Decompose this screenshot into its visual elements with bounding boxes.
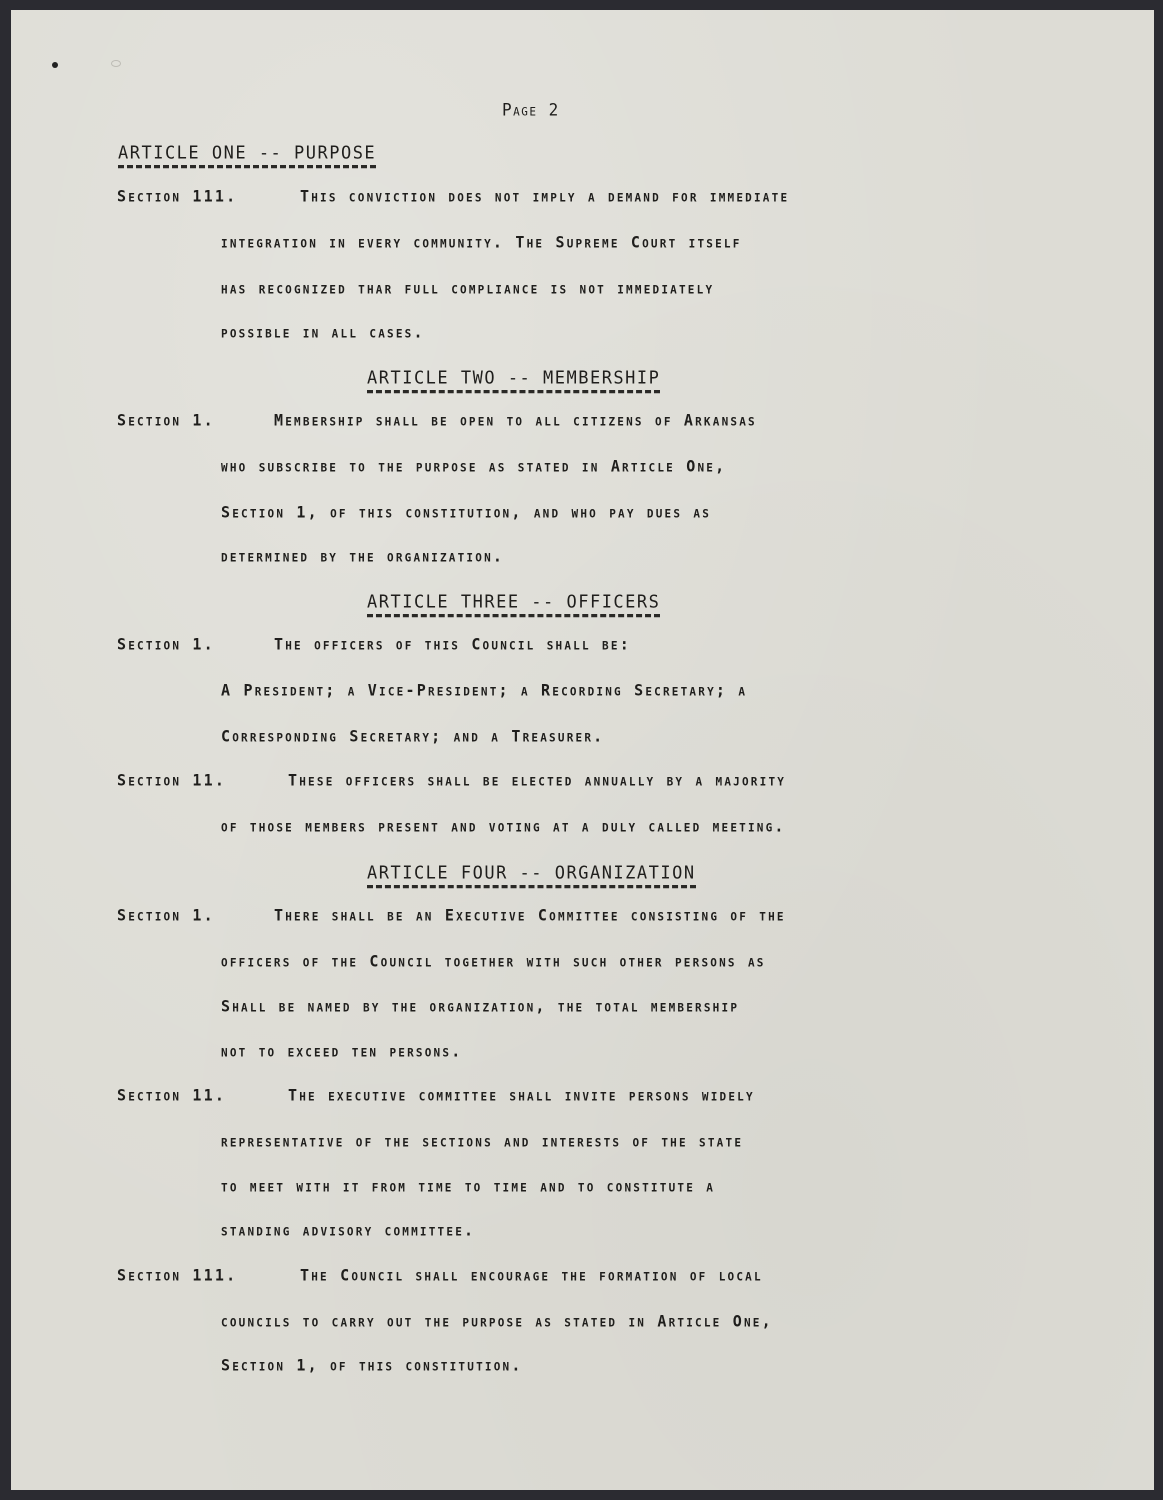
section-line: Shall be named by the organization, the … bbox=[221, 997, 739, 1016]
section-line: This conviction does not imply a demand … bbox=[300, 187, 789, 206]
section-line: has recognized thar full compliance is n… bbox=[221, 279, 714, 298]
article-three-section-1-label: Section 1. bbox=[117, 635, 215, 654]
section-line: not to exceed ten persons. bbox=[221, 1042, 462, 1061]
section-line: There shall be an Executive Committee co… bbox=[274, 906, 786, 925]
article-four-section-11-label: Section 11. bbox=[117, 1086, 226, 1105]
article-two-heading: ARTICLE TWO -- MEMBERSHIP bbox=[367, 368, 660, 393]
section-line: possible in all cases. bbox=[221, 323, 425, 342]
section-line: Section 1, of this constitution. bbox=[221, 1356, 523, 1375]
page-number: Page 2 bbox=[502, 100, 560, 120]
article-four-section-111-label: Section 111. bbox=[117, 1266, 237, 1285]
section-line: standing advisory committee. bbox=[221, 1221, 475, 1240]
section-line: integration in every community. The Supr… bbox=[221, 233, 742, 252]
section-line: of those members present and voting at a… bbox=[221, 817, 786, 836]
article-three-heading: ARTICLE THREE -- OFFICERS bbox=[367, 592, 660, 617]
ink-dot bbox=[52, 62, 58, 68]
section-line: who subscribe to the purpose as stated i… bbox=[221, 457, 726, 476]
section-line: to meet with it from time to time and to… bbox=[221, 1177, 715, 1196]
section-line: councils to carry out the purpose as sta… bbox=[221, 1312, 773, 1331]
section-line: determined by the organization. bbox=[221, 547, 504, 566]
article-one-heading: ARTICLE ONE -- PURPOSE bbox=[118, 143, 376, 168]
article-four-section-1-label: Section 1. bbox=[117, 906, 215, 925]
section-line: The officers of this Council shall be: bbox=[274, 635, 631, 654]
paper-blemish bbox=[111, 60, 121, 67]
section-line: officers of the Council together with su… bbox=[221, 952, 766, 971]
section-line: These officers shall be elected annually… bbox=[288, 771, 786, 790]
section-line: representative of the sections and inter… bbox=[221, 1132, 743, 1151]
article-one-section-111-label: Section 111. bbox=[117, 187, 237, 206]
section-line: The executive committee shall invite per… bbox=[288, 1086, 755, 1105]
article-three-section-11-label: Section 11. bbox=[117, 771, 226, 790]
article-four-heading: ARTICLE FOUR -- ORGANIZATION bbox=[367, 863, 696, 888]
section-line: Section 1, of this constitution, and who… bbox=[221, 503, 711, 522]
section-line: Corresponding Secretary; and a Treasurer… bbox=[221, 727, 604, 746]
section-line: The Council shall encourage the formatio… bbox=[300, 1266, 763, 1285]
article-two-section-1-label: Section 1. bbox=[117, 411, 215, 430]
section-line: A President; a Vice-President; a Recordi… bbox=[221, 681, 747, 700]
section-line: Membership shall be open to all citizens… bbox=[274, 411, 757, 430]
